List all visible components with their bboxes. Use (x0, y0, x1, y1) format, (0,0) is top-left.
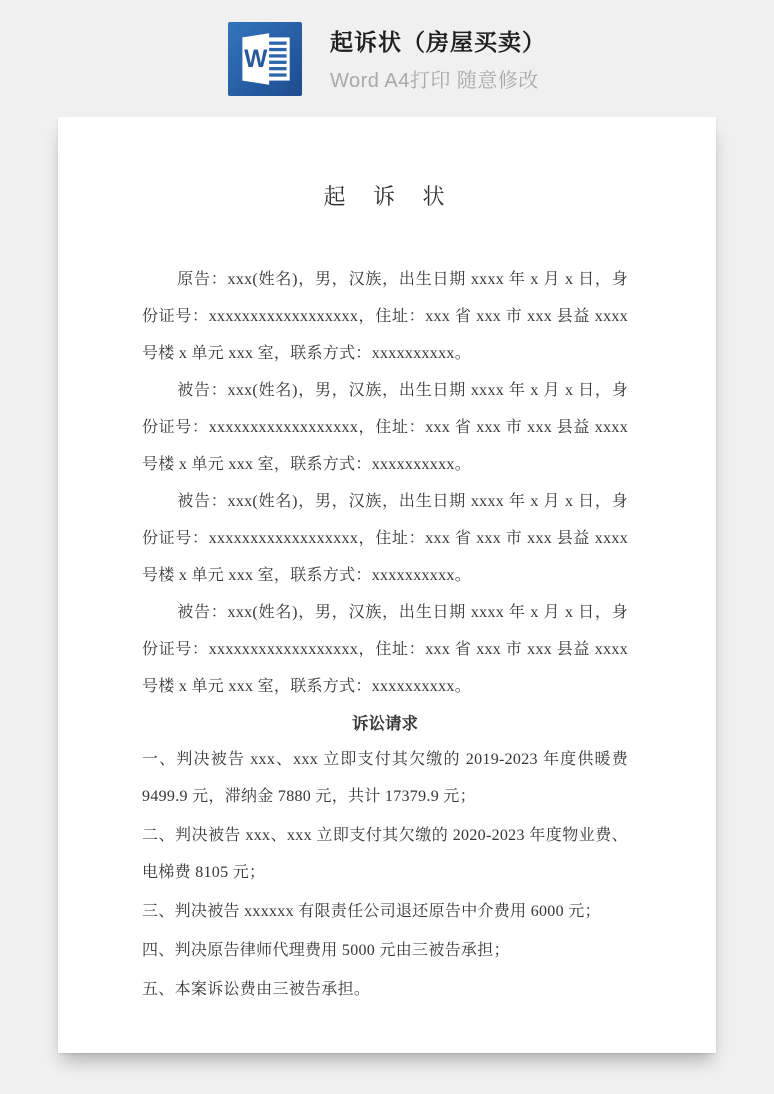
section-heading-claims: 诉讼请求 (142, 706, 628, 741)
claim-item-2: 二、判决被告 xxx、xxx 立即支付其欠缴的 2020-2023 年度物业费、… (142, 817, 628, 891)
word-icon: W (228, 22, 302, 96)
claim-item-1: 一、判决被告 xxx、xxx 立即支付其欠缴的 2019-2023 年度供暖费 … (142, 741, 628, 815)
header-text: 起诉状（房屋买卖） Word A4打印 随意修改 (330, 24, 546, 93)
doc-paragraph-defendant-2: 被告：xxx(姓名)，男，汉族，出生日期 xxxx 年 x 月 x 日，身份证号… (142, 483, 628, 594)
header: W 起诉状（房屋买卖） Word A4打印 随意修改 (0, 0, 774, 117)
doc-paragraph-defendant-1: 被告：xxx(姓名)，男，汉族，出生日期 xxxx 年 x 月 x 日，身份证号… (142, 372, 628, 483)
claim-item-4: 四、判决原告律师代理费用 5000 元由三被告承担； (142, 932, 628, 969)
document-page: 起 诉 状 原告：xxx(姓名)，男，汉族，出生日期 xxxx 年 x 月 x … (58, 117, 716, 1053)
page-title: 起诉状（房屋买卖） (330, 24, 546, 57)
claim-item-5: 五、本案诉讼费由三被告承担。 (142, 971, 628, 1008)
page-subtitle: Word A4打印 随意修改 (330, 64, 546, 93)
document-title: 起 诉 状 (142, 181, 628, 213)
word-icon-letter: W (244, 46, 268, 73)
doc-paragraph-plaintiff: 原告：xxx(姓名)，男，汉族，出生日期 xxxx 年 x 月 x 日，身份证号… (142, 261, 628, 372)
doc-paragraph-defendant-3: 被告：xxx(姓名)，男，汉族，出生日期 xxxx 年 x 月 x 日，身份证号… (142, 594, 628, 705)
claim-item-3: 三、判决被告 xxxxxx 有限责任公司退还原告中介费用 6000 元； (142, 893, 628, 930)
